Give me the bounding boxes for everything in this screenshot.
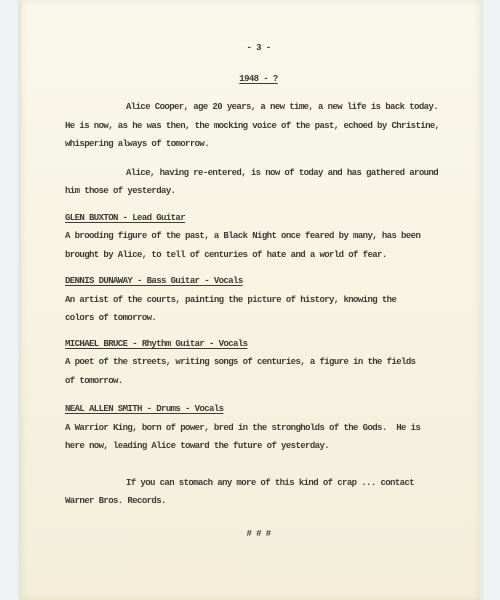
document-scan: - 3 - 1948 - ? Alice Cooper, age 20 year… [0,0,500,600]
document-title: 1948 - ? [65,70,452,89]
paragraph-line: him those of yesterday. [65,182,452,201]
member-heading: DENNIS DUNAWAY - Bass Guitar - Vocals [65,272,452,291]
closing-paragraph: If you can stomach any more of this kind… [65,474,452,511]
paragraph-line: A poet of the streets, writing songs of … [65,353,452,372]
page-number: - 3 - [65,39,452,58]
paragraph-line: here now, leading Alice toward the futur… [65,437,452,456]
end-mark: # # # [65,525,452,544]
member-heading: MICHAEL BRUCE - Rhythm Guitar - Vocals [65,335,452,354]
member-section-michael-bruce: MICHAEL BRUCE - Rhythm Guitar - Vocals A… [65,335,452,391]
paragraph-line: Alice Cooper, age 20 years, a new time, … [65,98,452,117]
paragraph-line: Alice, having re-entered, is now of toda… [65,164,452,183]
second-paragraph: Alice, having re-entered, is now of toda… [65,164,452,201]
member-heading: GLEN BUXTON - Lead Guitar [65,209,452,228]
paragraph-line: A brooding figure of the past, a Black N… [65,227,452,246]
member-heading: NEAL ALLEN SMITH - Drums - Vocals [65,400,452,419]
paragraph-line: brought by Alice, to tell of centuries o… [65,246,452,265]
member-section-neal-allen-smith: NEAL ALLEN SMITH - Drums - Vocals A Warr… [65,400,452,456]
intro-paragraph: Alice Cooper, age 20 years, a new time, … [65,98,452,154]
paragraph-line: of tomorrow. [65,372,452,391]
paragraph-line: whispering always of tomorrow. [65,135,452,154]
document-page: - 3 - 1948 - ? Alice Cooper, age 20 year… [20,0,481,600]
member-section-glen-buxton: GLEN BUXTON - Lead Guitar A brooding fig… [65,209,452,265]
paragraph-line: colors of tomorrow. [65,309,452,328]
paragraph-line: He is now, as he was then, the mocking v… [65,117,452,136]
member-section-dennis-dunaway: DENNIS DUNAWAY - Bass Guitar - Vocals An… [65,272,452,328]
paragraph-line: An artist of the courts, painting the pi… [65,291,452,310]
paragraph-line: A Warrior King, born of power, bred in t… [65,419,452,438]
closing-line: If you can stomach any more of this kind… [65,474,452,493]
closing-line: Warner Bros. Records. [65,492,452,511]
